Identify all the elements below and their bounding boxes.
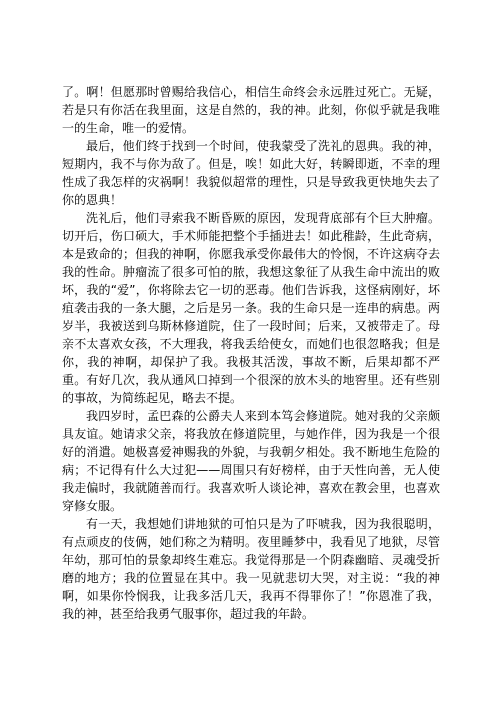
document-text: 了。啊！但愿那时曾赐给我信心，相信生命终会永远胜过死亡。无疑，若是只有你活在我里… bbox=[62, 83, 440, 623]
paragraph: 洗礼后，他们寻索我不断昏厥的原因，发现背底部有个巨大肿瘤。切开后，伤口硕大，手术… bbox=[62, 209, 440, 407]
paragraph: 我四岁时，孟巴森的公爵夫人来到本笃会修道院。她对我的父亲颇具友谊。她请求父亲，将… bbox=[62, 407, 440, 515]
paragraph: 最后，他们终于找到一个时间，使我蒙受了洗礼的恩典。我的神，短期内，我不与你为敌了… bbox=[62, 137, 440, 209]
paragraph: 了。啊！但愿那时曾赐给我信心，相信生命终会永远胜过死亡。无疑，若是只有你活在我里… bbox=[62, 83, 440, 137]
document-page: 了。啊！但愿那时曾赐给我信心，相信生命终会永远胜过死亡。无疑，若是只有你活在我里… bbox=[0, 0, 501, 711]
paragraph: 有一天，我想她们讲地狱的可怕只是为了吓唬我，因为我很聪明，有点顽皮的伎俩，她们称… bbox=[62, 515, 440, 623]
